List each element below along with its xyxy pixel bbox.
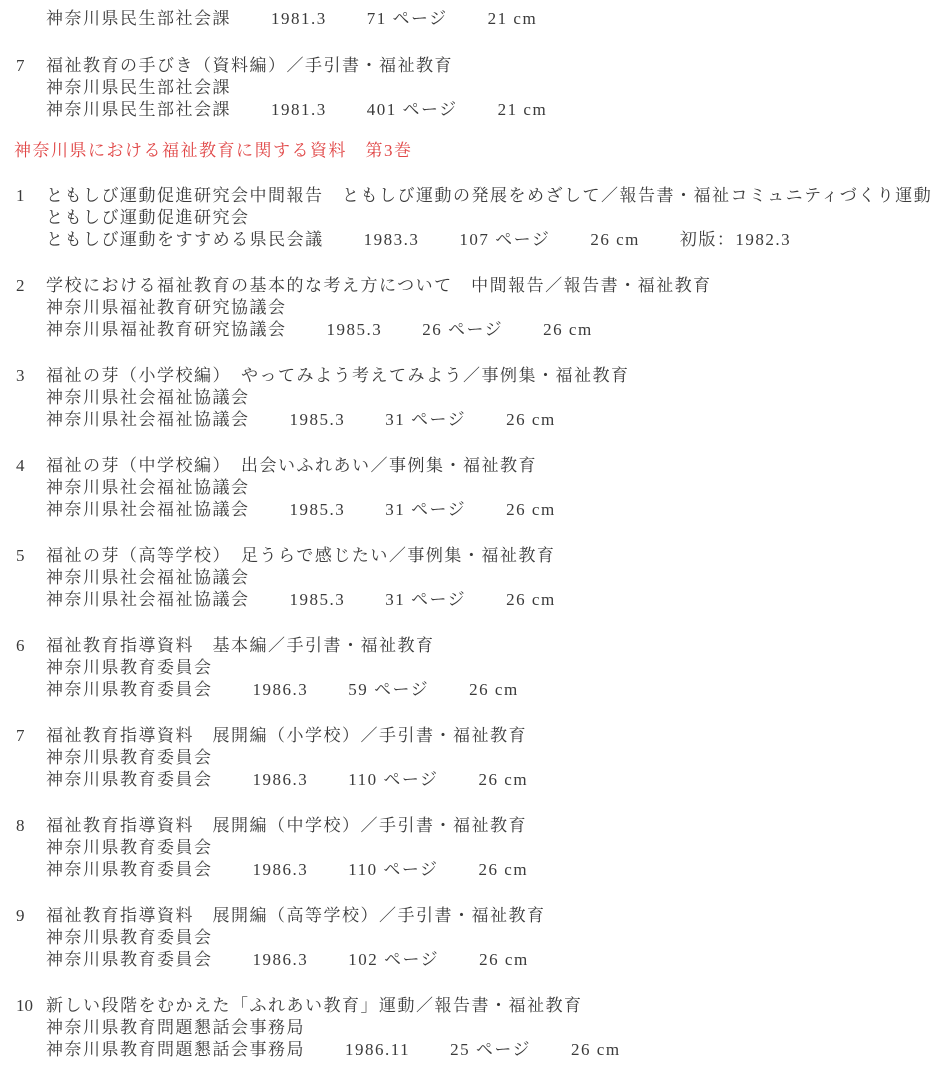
entry-author: 神奈川県教育委員会 [46, 927, 949, 949]
entry-author: 神奈川県教育委員会 [46, 747, 949, 769]
entry-pages: 107 ページ [459, 229, 550, 251]
entry-title: 福祉教育指導資料 基本編／手引書・福祉教育 [46, 635, 949, 657]
previous-section-entry-list: 7 福祉教育の手びき（資料編）／手引書・福祉教育 神奈川県民生部社会課 神奈川県… [0, 55, 949, 121]
entry-pages: 110 ページ [348, 769, 438, 791]
entry-number: 10 [16, 995, 33, 1017]
entry-title: 福祉の芽（高等学校） 足うらで感じたい／事例集・福祉教育 [46, 545, 949, 567]
entry-author: 神奈川県福祉教育研究協議会 [46, 297, 949, 319]
entry-publisher: 神奈川県民生部社会課 [46, 8, 231, 30]
entry-title: 福祉教育指導資料 展開編（中学校）／手引書・福祉教育 [46, 815, 949, 837]
entry-author: 神奈川県教育委員会 [46, 837, 949, 859]
entry-number: 5 [16, 545, 25, 567]
entry-date: 1986.3 [253, 949, 309, 971]
bibliography-entry: 7 福祉教育の手びき（資料編）／手引書・福祉教育 神奈川県民生部社会課 神奈川県… [0, 55, 949, 121]
entry-author: 神奈川県社会福祉協議会 [46, 387, 949, 409]
entry-author: 神奈川県民生部社会課 [46, 77, 949, 99]
entry-list: 1 ともしび運動促進研究会中間報告 ともしび運動の発展をめざして／報告書・福祉コ… [0, 185, 949, 1061]
bibliography-entry: 10 新しい段階をむかえた「ふれあい教育」運動／報告書・福祉教育 神奈川県教育問… [0, 995, 949, 1061]
entry-number: 6 [16, 635, 25, 657]
entry-author: 神奈川県教育委員会 [46, 657, 949, 679]
entry-pages: 110 ページ [348, 859, 438, 881]
section-heading: 神奈川県における福祉教育に関する資料 第3巻 [14, 140, 949, 162]
publication-line: 神奈川県教育委員会 1986.3 110 ページ 26 cm [46, 769, 949, 791]
entry-title: 福祉教育の手びき（資料編）／手引書・福祉教育 [46, 55, 949, 77]
entry-size: 26 cm [469, 679, 519, 701]
entry-number: 1 [16, 185, 25, 207]
entry-size: 26 cm [479, 949, 529, 971]
publication-line: 神奈川県社会福祉協議会 1985.3 31 ページ 26 cm [46, 589, 949, 611]
entry-pages: 31 ページ [385, 589, 466, 611]
entry-pages: 401 ページ [367, 99, 458, 121]
entry-number: 3 [16, 365, 25, 387]
entry-date: 1985.3 [327, 319, 383, 341]
entry-date: 1983.3 [364, 229, 420, 251]
entry-pages: 102 ページ [348, 949, 439, 971]
bibliography-entry: 3 福祉の芽（小学校編） やってみよう考えてみよう／事例集・福祉教育 神奈川県社… [0, 365, 949, 431]
entry-publisher: 神奈川県教育問題懇話会事務局 [46, 1039, 305, 1061]
bibliography-entry: 5 福祉の芽（高等学校） 足うらで感じたい／事例集・福祉教育 神奈川県社会福祉協… [0, 545, 949, 611]
entry-title: 福祉教育指導資料 展開編（高等学校）／手引書・福祉教育 [46, 905, 949, 927]
entry-title: 福祉の芽（中学校編） 出会いふれあい／事例集・福祉教育 [46, 455, 949, 477]
entry-publisher: 神奈川県社会福祉協議会 [46, 589, 250, 611]
entry-date: 1985.3 [290, 409, 346, 431]
entry-date: 1981.3 [271, 8, 327, 30]
entry-publisher: 神奈川県教育委員会 [46, 859, 213, 881]
bibliography-entry-partial: 神奈川県民生部社会課 1981.3 71 ページ 21 cm [0, 8, 949, 30]
entry-publisher: 神奈川県社会福祉協議会 [46, 499, 250, 521]
entry-publisher: 神奈川県民生部社会課 [46, 99, 231, 121]
publication-line: 神奈川県社会福祉協議会 1985.3 31 ページ 26 cm [46, 409, 949, 431]
entry-pages: 71 ページ [367, 8, 448, 30]
entry-date: 1986.3 [253, 769, 309, 791]
publication-line: 神奈川県教育委員会 1986.3 59 ページ 26 cm [46, 679, 949, 701]
publication-line: 神奈川県民生部社会課 1981.3 71 ページ 21 cm [46, 8, 949, 30]
entry-size: 26 cm [506, 409, 556, 431]
entry-pages: 31 ページ [385, 499, 466, 521]
entry-pages: 59 ページ [348, 679, 429, 701]
entry-size: 26 cm [479, 859, 529, 881]
bibliography-entry: 2 学校における福祉教育の基本的な考え方について 中間報告／報告書・福祉教育 神… [0, 275, 949, 341]
entry-publisher: 神奈川県福祉教育研究協議会 [46, 319, 287, 341]
entry-date: 1986.11 [345, 1039, 410, 1061]
entry-number: 4 [16, 455, 25, 477]
entry-size: 26 cm [479, 769, 529, 791]
entry-size: 26 cm [571, 1039, 621, 1061]
entry-publisher: 神奈川県教育委員会 [46, 679, 213, 701]
bibliography-entry: 7 福祉教育指導資料 展開編（小学校）／手引書・福祉教育 神奈川県教育委員会 神… [0, 725, 949, 791]
entry-size: 21 cm [498, 99, 548, 121]
entry-title: ともしび運動促進研究会中間報告 ともしび運動の発展をめざして／報告書・福祉コミュ… [46, 185, 949, 207]
bibliography-entry: 4 福祉の芽（中学校編） 出会いふれあい／事例集・福祉教育 神奈川県社会福祉協議… [0, 455, 949, 521]
entry-date: 1986.3 [253, 679, 309, 701]
bibliography-entry: 6 福祉教育指導資料 基本編／手引書・福祉教育 神奈川県教育委員会 神奈川県教育… [0, 635, 949, 701]
entry-size: 26 cm [590, 229, 640, 251]
entry-pages: 25 ページ [450, 1039, 531, 1061]
entry-size: 26 cm [506, 589, 556, 611]
entry-size: 26 cm [506, 499, 556, 521]
publication-line: 神奈川県教育委員会 1986.3 102 ページ 26 cm [46, 949, 949, 971]
entry-date: 1986.3 [253, 859, 309, 881]
bibliography-entry: 9 福祉教育指導資料 展開編（高等学校）／手引書・福祉教育 神奈川県教育委員会 … [0, 905, 949, 971]
entry-note: 初版：1982.3 [680, 229, 791, 251]
entry-date: 1985.3 [290, 499, 346, 521]
entry-publisher: 神奈川県社会福祉協議会 [46, 409, 250, 431]
entry-publisher: 神奈川県教育委員会 [46, 949, 213, 971]
entry-title: 新しい段階をむかえた「ふれあい教育」運動／報告書・福祉教育 [46, 995, 949, 1017]
entry-title: 学校における福祉教育の基本的な考え方について 中間報告／報告書・福祉教育 [46, 275, 949, 297]
entry-number: 8 [16, 815, 25, 837]
entry-number: 7 [16, 55, 25, 77]
entry-author: 神奈川県社会福祉協議会 [46, 477, 949, 499]
entry-pages: 26 ページ [422, 319, 503, 341]
publication-line: 神奈川県民生部社会課 1981.3 401 ページ 21 cm [46, 99, 949, 121]
publication-line: 神奈川県社会福祉協議会 1985.3 31 ページ 26 cm [46, 499, 949, 521]
entry-title: 福祉の芽（小学校編） やってみよう考えてみよう／事例集・福祉教育 [46, 365, 949, 387]
entry-number: 9 [16, 905, 25, 927]
entry-author: 神奈川県教育問題懇話会事務局 [46, 1017, 949, 1039]
entry-pages: 31 ページ [385, 409, 466, 431]
publication-line: ともしび運動をすすめる県民会議 1983.3 107 ページ 26 cm 初版：… [46, 229, 949, 251]
publication-line: 神奈川県福祉教育研究協議会 1985.3 26 ページ 26 cm [46, 319, 949, 341]
entry-number: 2 [16, 275, 25, 297]
entry-publisher: ともしび運動をすすめる県民会議 [46, 229, 324, 251]
entry-date: 1981.3 [271, 99, 327, 121]
entry-publisher: 神奈川県教育委員会 [46, 769, 213, 791]
entry-size: 21 cm [488, 8, 538, 30]
publication-line: 神奈川県教育委員会 1986.3 110 ページ 26 cm [46, 859, 949, 881]
entry-author: 神奈川県社会福祉協議会 [46, 567, 949, 589]
entry-number: 7 [16, 725, 25, 747]
bibliography-page: 神奈川県民生部社会課 1981.3 71 ページ 21 cm 7 福祉教育の手び… [0, 0, 949, 1061]
entry-author: ともしび運動促進研究会 [46, 207, 949, 229]
bibliography-entry: 1 ともしび運動促進研究会中間報告 ともしび運動の発展をめざして／報告書・福祉コ… [0, 185, 949, 251]
entry-title: 福祉教育指導資料 展開編（小学校）／手引書・福祉教育 [46, 725, 949, 747]
publication-line: 神奈川県教育問題懇話会事務局 1986.11 25 ページ 26 cm [46, 1039, 949, 1061]
bibliography-entry: 8 福祉教育指導資料 展開編（中学校）／手引書・福祉教育 神奈川県教育委員会 神… [0, 815, 949, 881]
entry-date: 1985.3 [290, 589, 346, 611]
entry-size: 26 cm [543, 319, 593, 341]
